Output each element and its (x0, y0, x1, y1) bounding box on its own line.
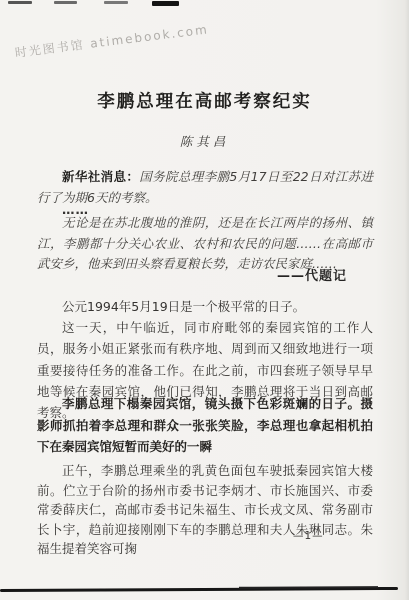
scan-artifact-bottom-edge (0, 587, 398, 592)
scanned-book-page: 时光图书馆 atimebook.com 李鹏总理在高邮考察纪实 陈其昌 新华社消… (0, 0, 409, 600)
epigraph-attribution: ——代题记 (37, 265, 373, 284)
scan-artifact-dash (8, 1, 32, 4)
scan-artifact-dash (104, 1, 128, 4)
body-paragraph-3: 正午，李鹏总理乘坐的乳黄色面包车驶抵秦园宾馆大楼前。伫立于台阶的扬州市委书记李炳… (37, 461, 373, 559)
body-paragraph-1: 公元1994年5月19日是一个极平常的日子。 (37, 296, 373, 317)
scan-artifact-dash (152, 1, 179, 6)
bold-subhead-paragraph: 李鹏总理下榻秦园宾馆，镜头摄下色彩斑斓的日子。摄影师抓拍着李总理和群众一张张笑脸… (37, 393, 373, 458)
scan-artifact-dash (54, 1, 77, 4)
page-number: —1— (293, 530, 324, 542)
article-title: 李鹏总理在高邮考察纪实 (0, 88, 409, 113)
library-watermark: 时光图书馆 atimebook.com (14, 20, 210, 61)
news-source-lead: 新华社消息： (62, 169, 139, 184)
author-name: 陈其昌 (0, 132, 409, 150)
